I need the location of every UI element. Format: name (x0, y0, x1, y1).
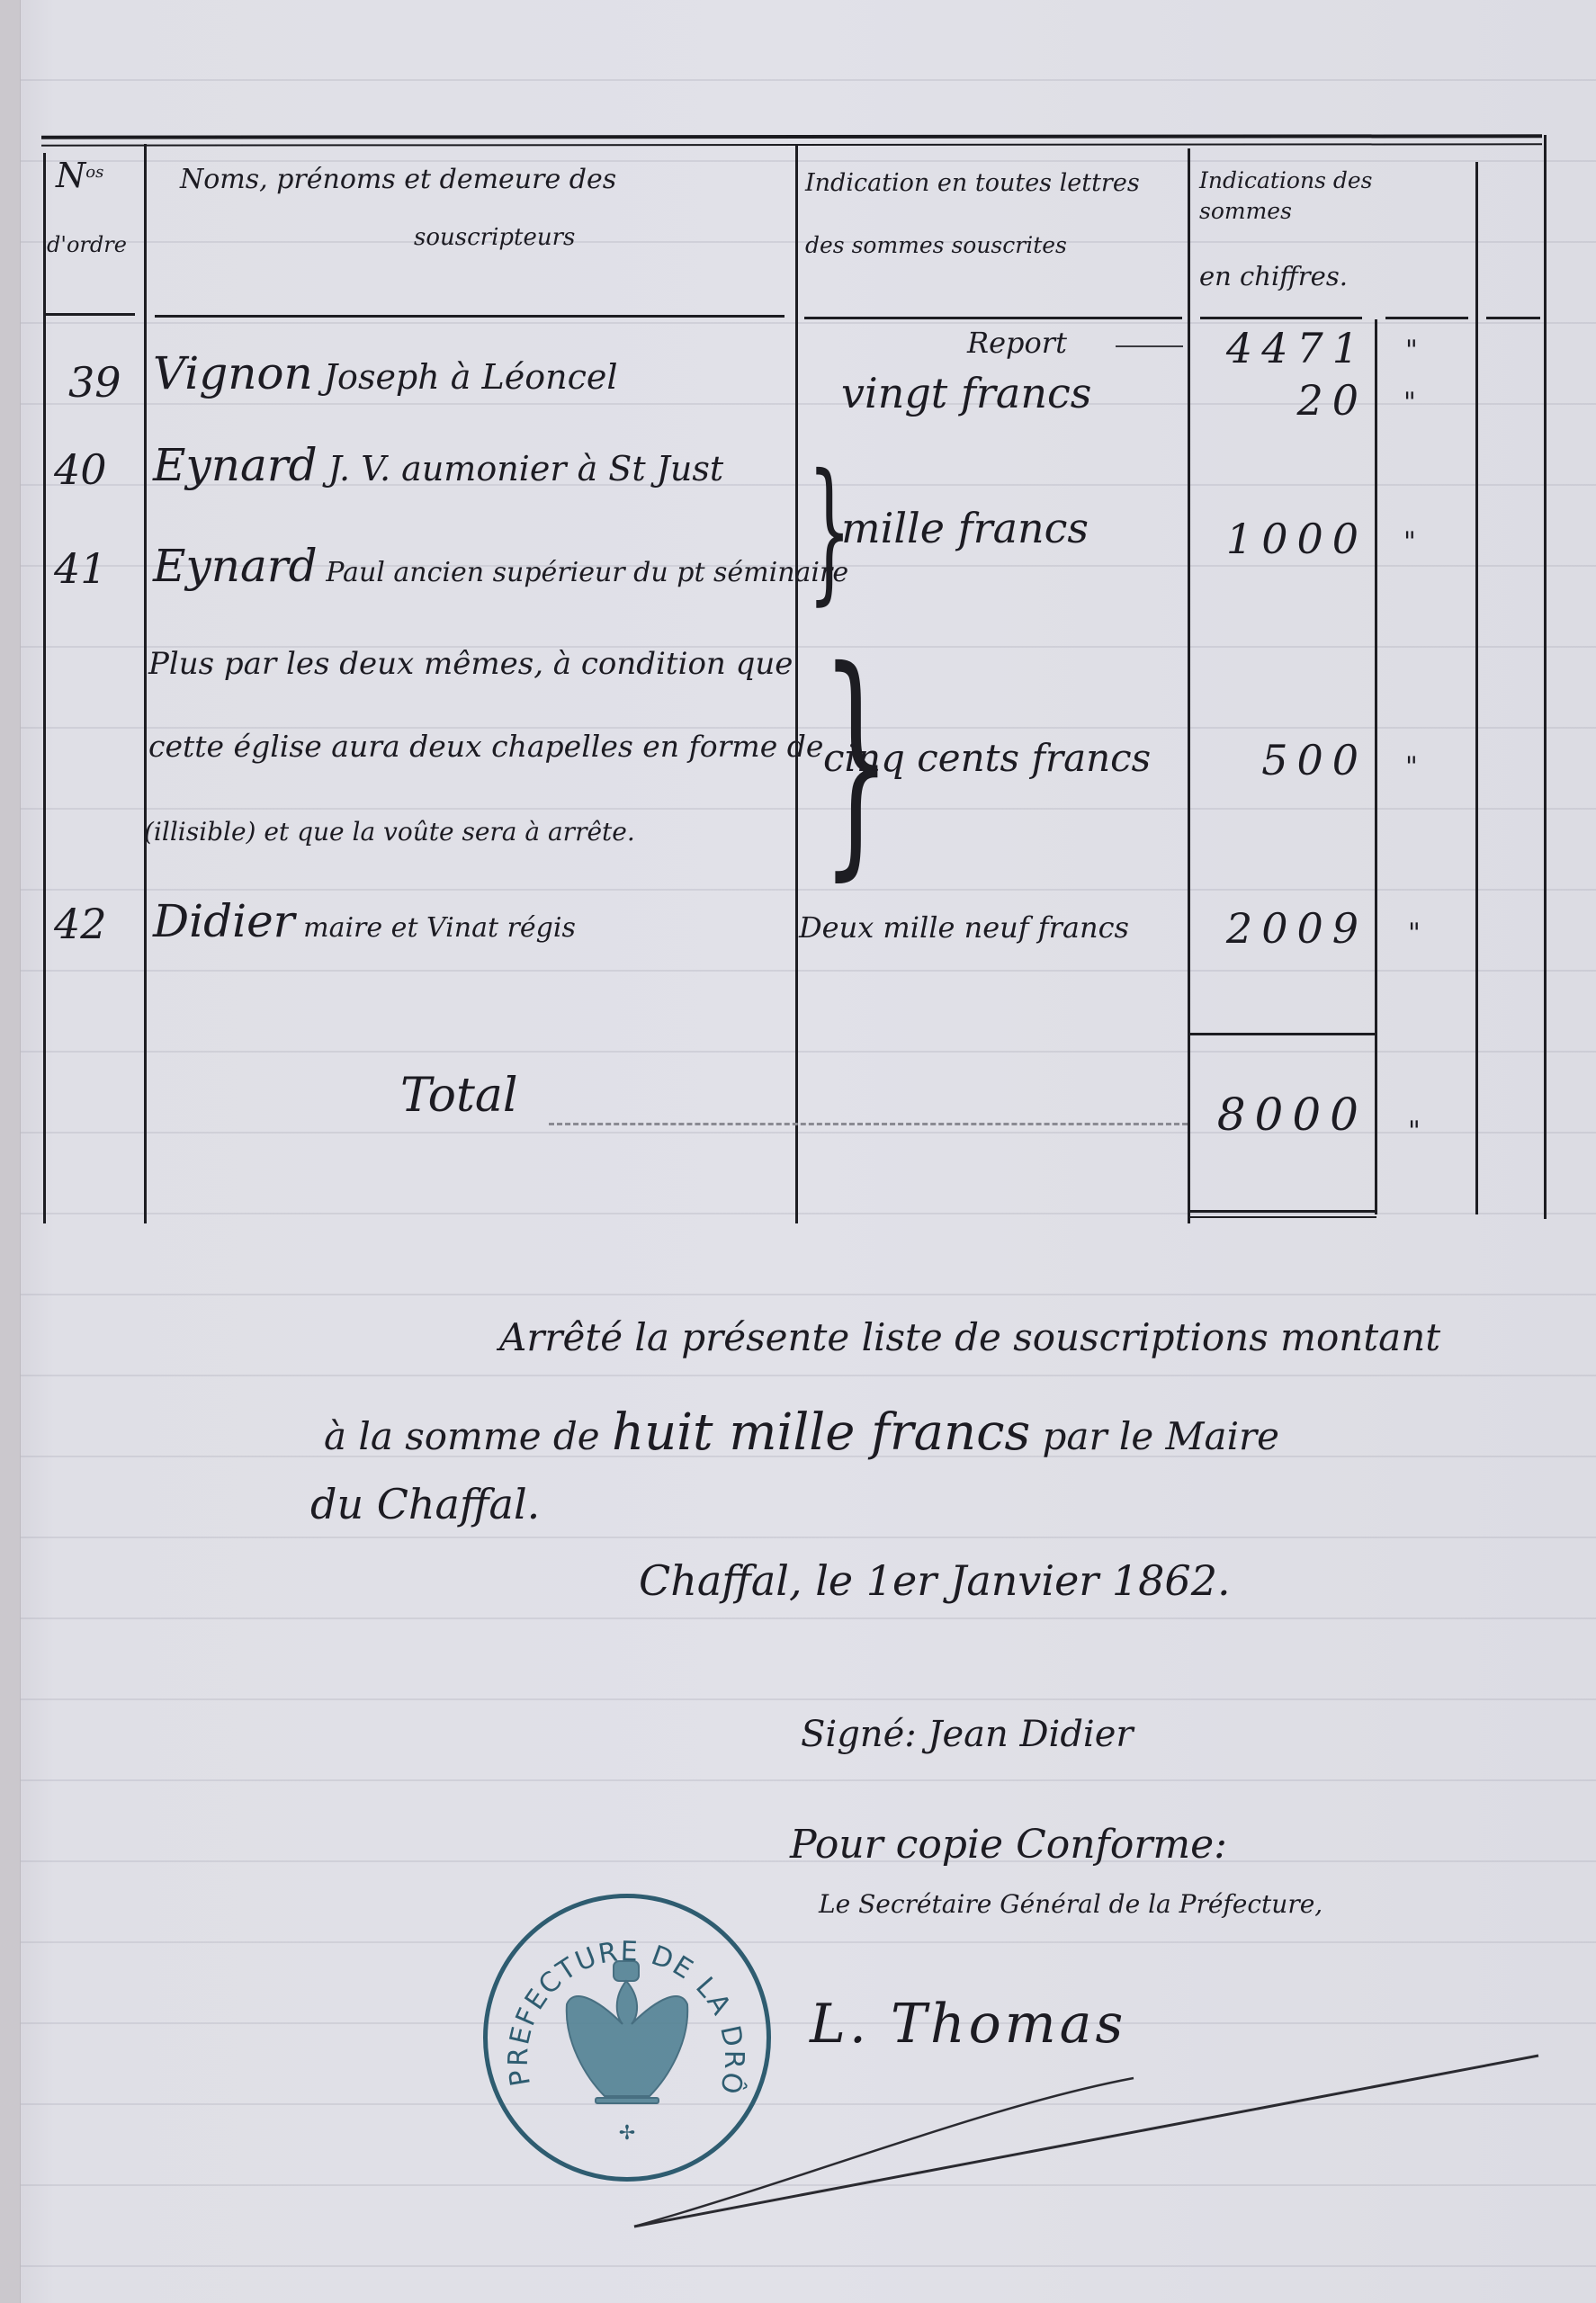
subscriber-details: Joseph à Léoncel (324, 357, 618, 397)
row-order-number: 40 (54, 445, 107, 494)
header-underline-1 (45, 313, 135, 316)
total-box-bottom (1188, 1210, 1376, 1213)
header-amount-figures: Indications des sommes en chiffres. (1199, 166, 1469, 294)
star-ornament-icon: ✢ (619, 2122, 635, 2145)
stamp-artwork-icon: PREFECTURE DE LA DRÔME ✢ (488, 1898, 767, 2177)
amount-ditto-mark: " (1408, 918, 1421, 949)
secretary-title: Le Secrétaire Général de la Préfecture, (819, 1889, 1323, 1919)
amount-in-figures: 1000 (1206, 515, 1367, 563)
row-order-number: 39 (68, 358, 121, 407)
amount-in-words: vingt francs (841, 369, 1091, 417)
eagle-emblem-icon (567, 1961, 687, 2103)
subscriber-surname: Eynard (153, 540, 318, 592)
header-amount-words-line2: des sommes souscrites (805, 230, 1183, 261)
subscriber-name: Didier maire et Vinat régis (153, 895, 576, 947)
header-underline-6 (1486, 317, 1540, 319)
header-amount-figures-line1: Indications des sommes (1199, 166, 1469, 227)
header-amount-words-line1: Indication en toutes lettres (805, 167, 1183, 200)
page-binding-edge (0, 0, 21, 2303)
amount-in-figures: 2009 (1206, 904, 1367, 953)
subscriber-surname: Eynard (153, 439, 318, 491)
header-names: Noms, prénoms et demeure des souscripteu… (180, 162, 792, 254)
amount-in-words: cinq cents francs (823, 736, 1151, 780)
closing-line-3: du Chaffal. (310, 1480, 540, 1528)
header-underline-5 (1385, 317, 1468, 319)
header-order-no: Nos d'ordre (56, 153, 137, 236)
amount-in-words: mille francs (841, 504, 1089, 552)
carried-forward-amount: 4471 (1206, 324, 1367, 372)
secretary-signature: L. Thomas (810, 1993, 1126, 2056)
amount-in-words: Deux mille neuf francs (799, 910, 1129, 945)
subscriber-name: Eynard J. V. aumonier à St Just (153, 439, 723, 491)
col-divider-3 (1188, 148, 1190, 1223)
condition-line-3: (illisible) et que la voûte sera à arrêt… (144, 817, 635, 847)
col-divider-5 (1475, 162, 1478, 1214)
subscriber-surname: Didier (153, 895, 295, 947)
signature-flourish-icon (630, 2051, 1547, 2231)
closing-sum-suffix: par le Maire (1043, 1414, 1279, 1458)
amount-ditto-mark: " (1405, 751, 1418, 783)
header-order-dordre: d'ordre (47, 232, 127, 257)
header-amount-words: Indication en toutes lettres des sommes … (805, 167, 1183, 261)
subscriber-surname: Vignon (153, 347, 313, 399)
closing-place-date: Chaffal, le 1er Janvier 1862. (639, 1556, 1231, 1605)
closing-line-1: Arrêté la présente liste de souscription… (499, 1315, 1440, 1359)
certified-copy-label: Pour copie Conforme: (790, 1822, 1227, 1868)
total-box-bottom-double (1188, 1216, 1376, 1218)
col-divider-1 (144, 144, 147, 1223)
col-divider-2 (795, 144, 798, 1223)
carried-forward-dash (1116, 345, 1183, 347)
subscriber-details: J. V. aumonier à St Just (328, 449, 723, 488)
condition-line-2: cette église aura deux chapelles en form… (148, 729, 823, 764)
total-ditto-mark: " (1408, 1116, 1421, 1147)
table-right-border (1544, 135, 1547, 1219)
header-names-line1: Noms, prénoms et demeure des (180, 162, 792, 199)
total-leader-dashes (549, 1123, 1188, 1125)
amount-ditto-mark: " (1403, 387, 1416, 418)
row-order-number: 41 (54, 544, 107, 593)
header-order-os: os (85, 163, 103, 182)
closing-sum-amount: huit mille francs (612, 1403, 1030, 1462)
header-order-n: N (56, 156, 85, 195)
table-top-border (41, 134, 1542, 146)
total-label: Total (400, 1069, 517, 1123)
document-page: Nos d'ordre Noms, prénoms et demeure des… (0, 0, 1596, 2303)
header-amount-figures-line2: en chiffres. (1199, 259, 1469, 294)
subscriber-name: Vignon Joseph à Léoncel (153, 347, 618, 399)
header-underline-2 (155, 315, 785, 318)
total-amount: 8000 (1206, 1089, 1367, 1141)
amount-in-figures: 20 (1206, 376, 1367, 425)
condition-line-1: Plus par les deux mêmes, à condition que (148, 646, 793, 682)
closing-sum-prefix: à la somme de (324, 1414, 600, 1458)
closing-line-2: à la somme de huit mille francs par le M… (324, 1403, 1279, 1462)
amount-ditto-mark: " (1403, 526, 1416, 558)
amount-in-figures: 500 (1206, 736, 1367, 784)
row-order-number: 42 (54, 900, 107, 948)
col-divider-4 (1375, 319, 1377, 1214)
subscriber-details: Paul ancien supérieur du pt séminaire (326, 557, 848, 588)
carried-forward-label: Report (967, 326, 1067, 360)
total-box-top (1188, 1033, 1376, 1035)
subscriber-details: maire et Vinat régis (303, 912, 576, 944)
header-underline-3 (804, 317, 1182, 319)
header-names-line2: souscripteurs (180, 222, 792, 254)
carried-forward-ditto: " (1405, 335, 1418, 366)
signed-by: Signé: Jean Didier (801, 1714, 1134, 1755)
prefecture-stamp: PREFECTURE DE LA DRÔME ✢ (483, 1894, 771, 2182)
header-underline-4 (1200, 317, 1362, 319)
subscriber-name: Eynard Paul ancien supérieur du pt sémin… (153, 540, 848, 592)
